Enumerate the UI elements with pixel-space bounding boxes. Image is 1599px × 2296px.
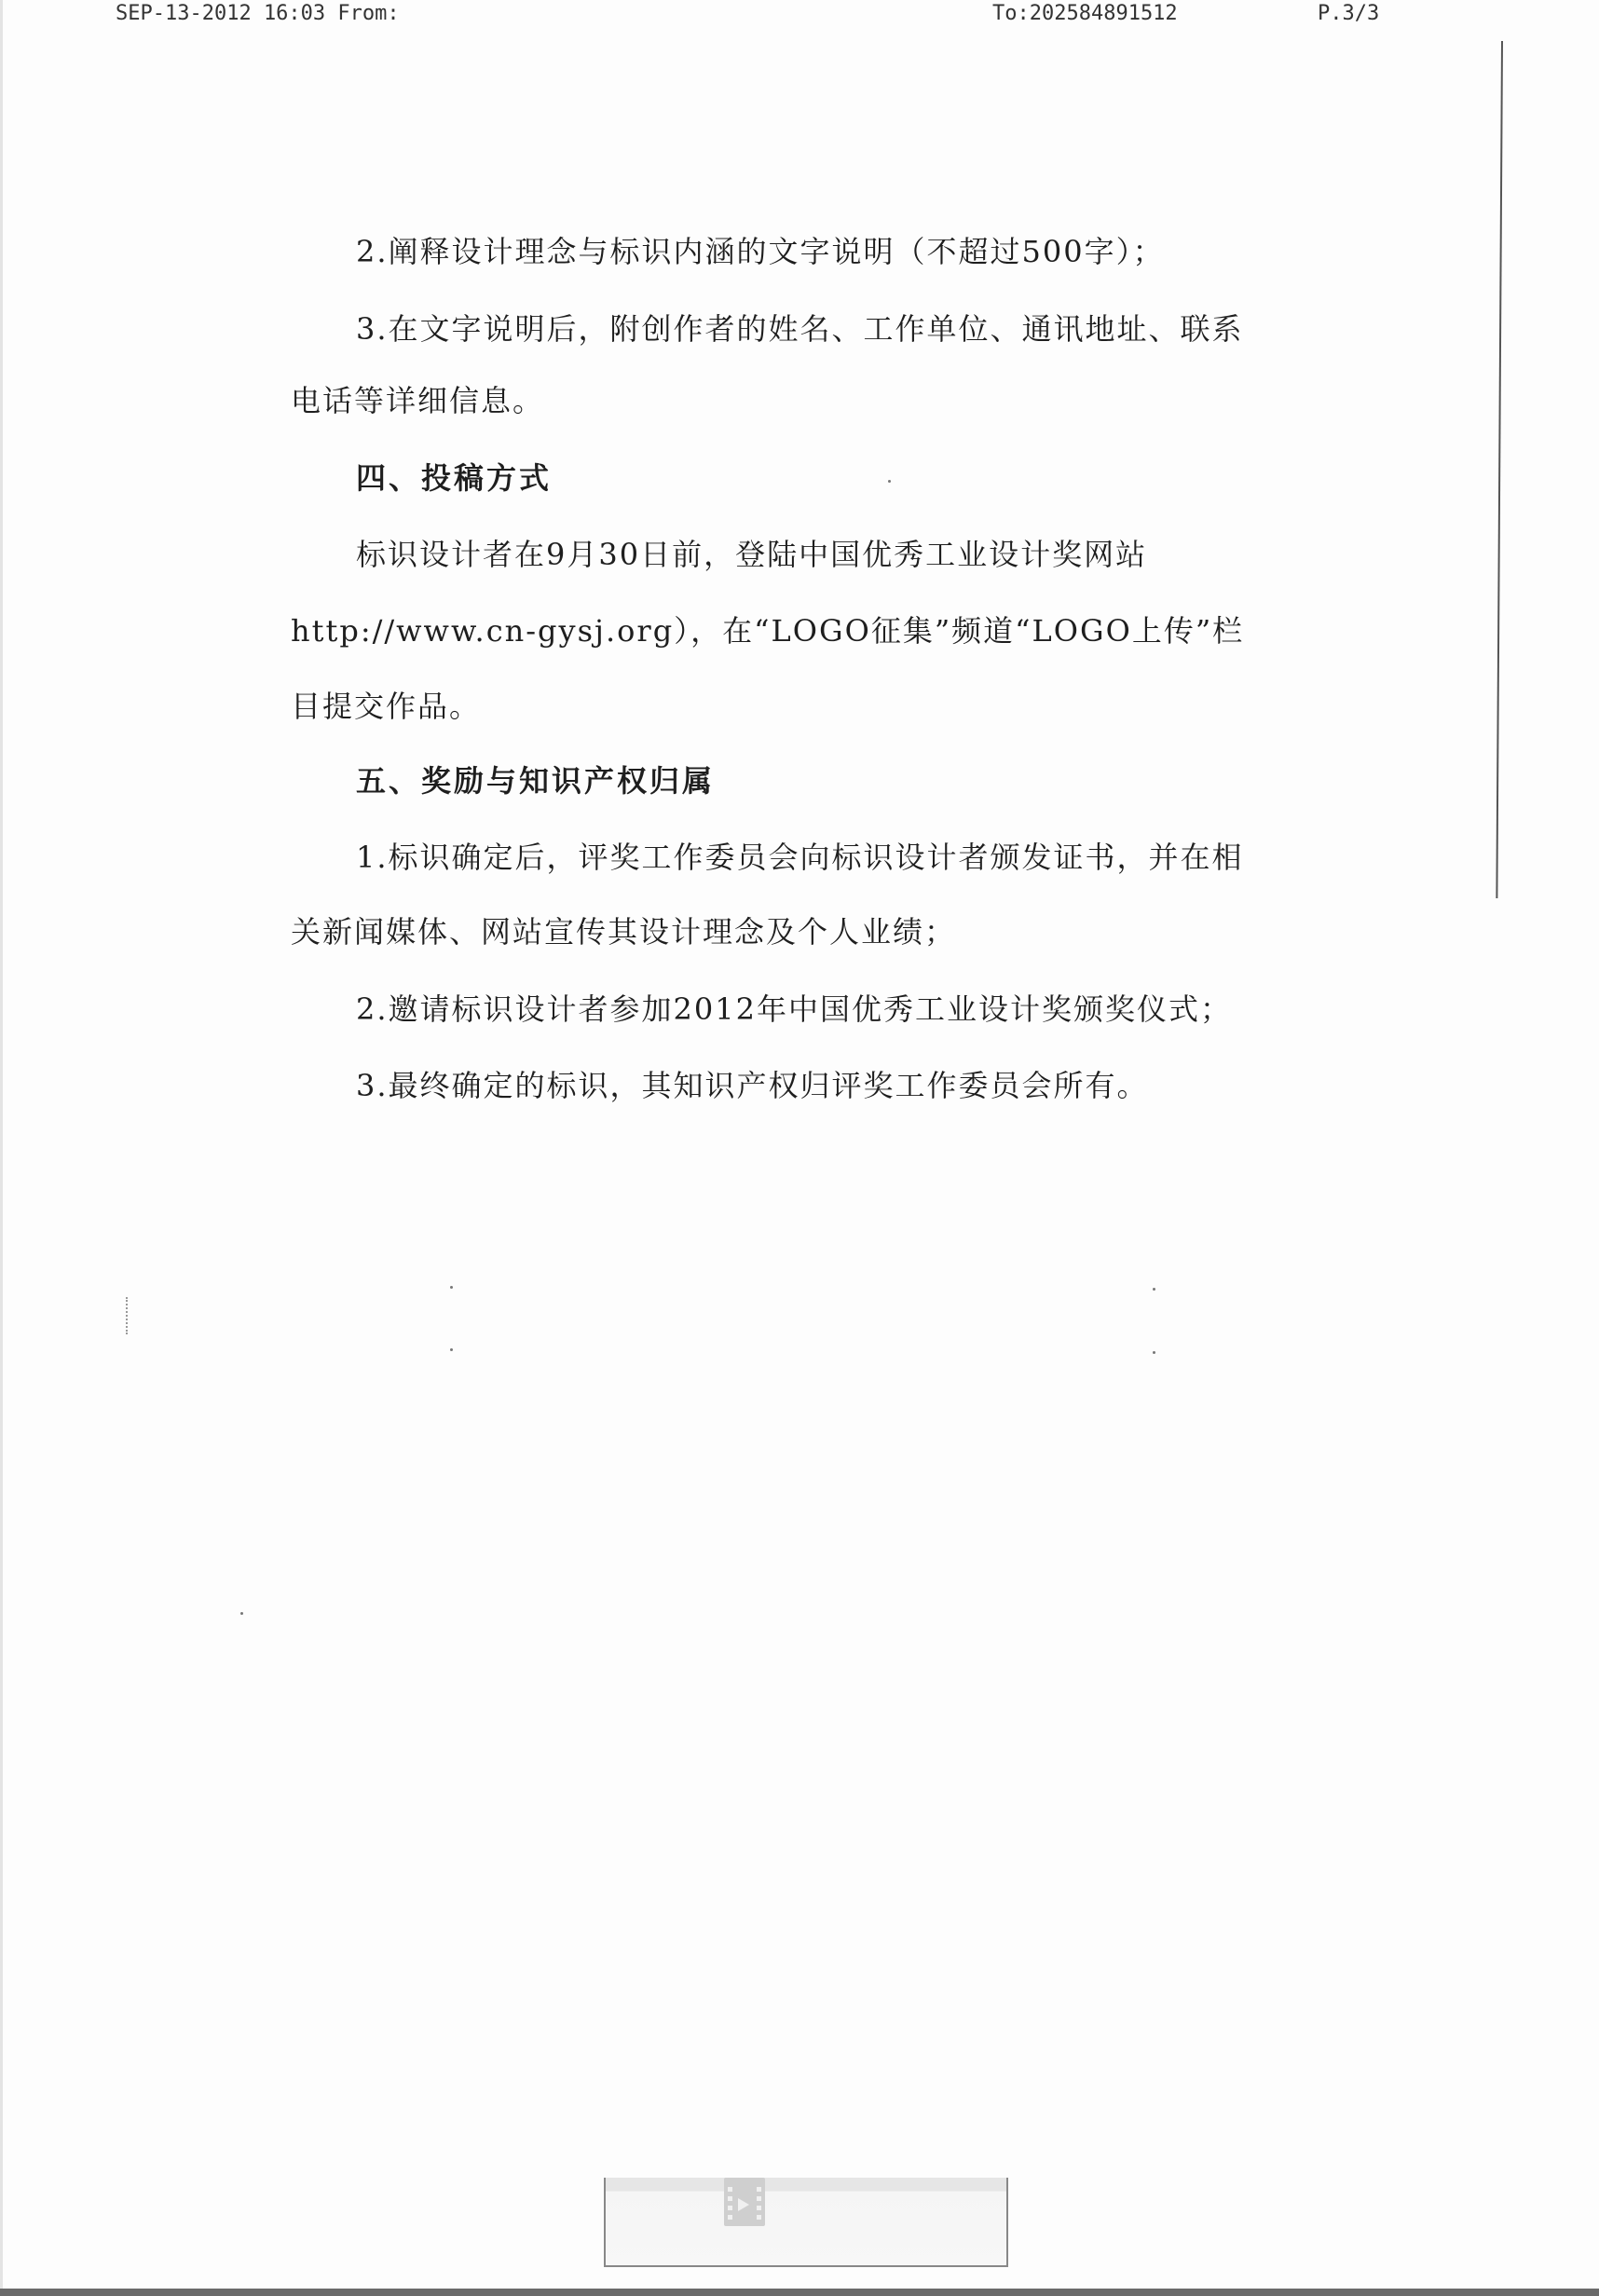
- section5-item2: 2.邀请标识设计者参加2012年中国优秀工业设计奖颁奖仪式；: [356, 991, 1232, 1028]
- scan-margin-rule: [1496, 41, 1503, 898]
- scan-margin-mark: [126, 1297, 131, 1334]
- item3-contact-line1: 3.在文字说明后，附创作者的姓名、工作单位、通讯地址、联系: [356, 310, 1244, 348]
- fax-page-number: P.3/3: [1318, 2, 1379, 25]
- section5-heading: 五、奖励与知识产权归属: [356, 762, 715, 799]
- scan-speck: [1153, 1351, 1155, 1354]
- bottom-stamp-box: [604, 2178, 1008, 2267]
- scan-speck: [450, 1348, 453, 1351]
- scan-speck: [1153, 1288, 1155, 1291]
- item3-contact-line2: 电话等详细信息。: [291, 382, 544, 419]
- scan-speck: [888, 480, 891, 483]
- section4-body-line1: 标识设计者在9月30日前，登陆中国优秀工业设计奖网站: [356, 536, 1147, 573]
- section4-body-line2: http://www.cn-gysj.org），在“LOGO征集”频道“LOGO…: [291, 612, 1244, 649]
- fax-sent-timestamp: SEP-13-2012 16:03 From:: [116, 2, 400, 25]
- scan-bottom-edge: [0, 2289, 1599, 2296]
- fax-page: SEP-13-2012 16:03 From: To:202584891512 …: [0, 0, 1599, 2296]
- section4-heading: 四、投稿方式: [356, 459, 552, 497]
- section5-item1-line2: 关新闻媒体、网站宣传其设计理念及个人业绩；: [291, 913, 956, 950]
- section5-item3: 3.最终确定的标识，其知识产权归评奖工作委员会所有。: [356, 1067, 1149, 1104]
- section5-item1-line1: 1.标识确定后，评奖工作委员会向标识设计者颁发证书，并在相: [356, 839, 1244, 876]
- scan-speck: [450, 1286, 453, 1289]
- item2-description: 2.阐释设计理念与标识内涵的文字说明（不超过500字）；: [356, 233, 1165, 270]
- section4-body-line3: 目提交作品。: [291, 688, 481, 725]
- scan-left-edge: [0, 0, 3, 2296]
- film-icon: [724, 2178, 765, 2226]
- scan-speck: [240, 1612, 243, 1615]
- fax-recipient-number: To:202584891512: [992, 2, 1178, 25]
